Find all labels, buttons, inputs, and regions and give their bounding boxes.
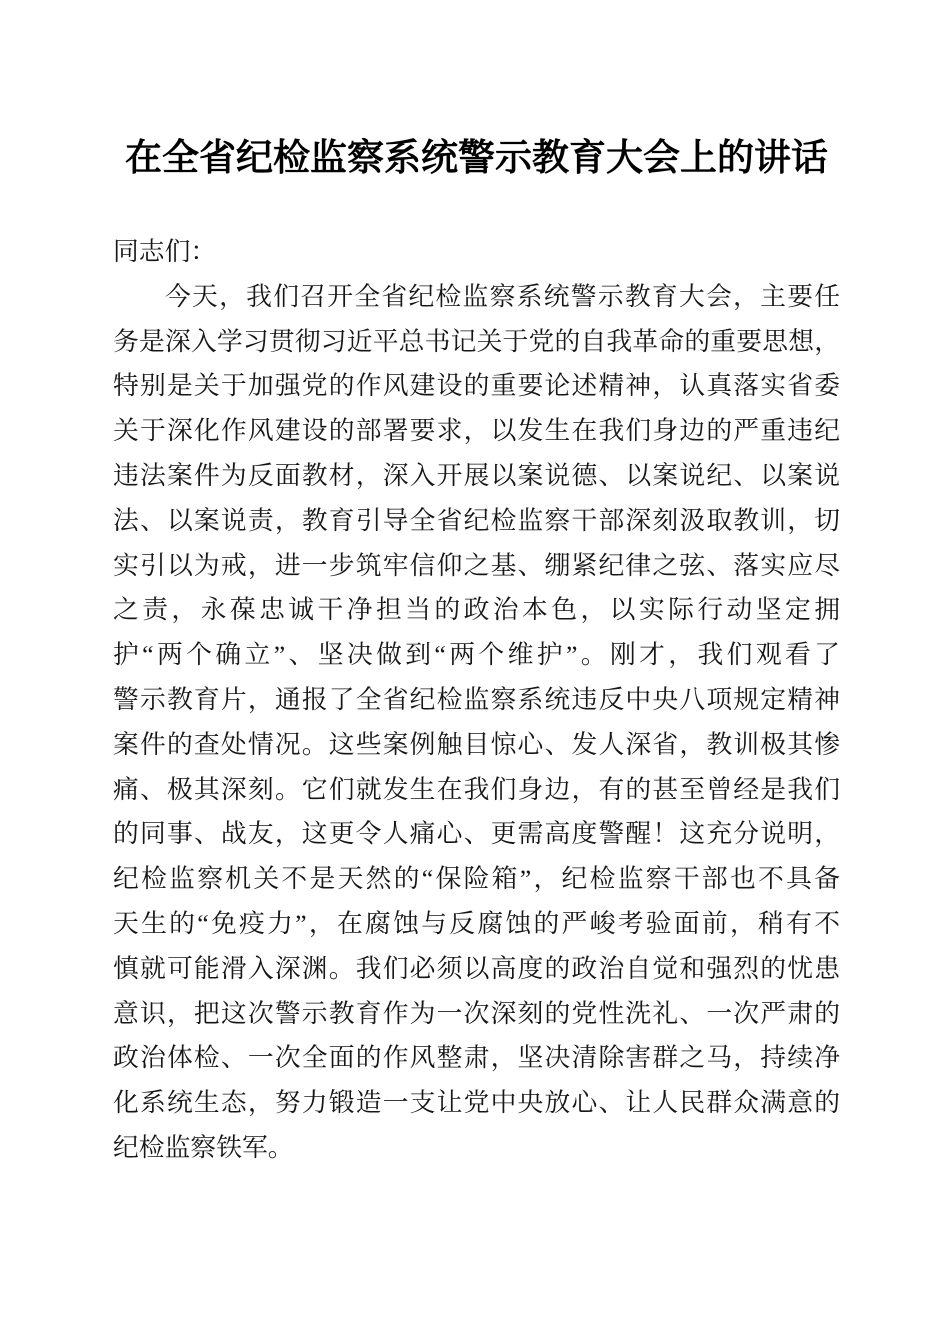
paragraph-line: 痛、极其深刻。它们就发生在我们身边，有的甚至曾经是我们 bbox=[113, 768, 840, 813]
paragraph-line: 之责，永葆忠诚干净担当的政治本色，以实际行动坚定拥 bbox=[113, 588, 840, 633]
paragraph-line: 违法案件为反面教材，深入开展以案说德、以案说纪、以案说 bbox=[113, 454, 840, 499]
document-body: 同志们： 今天，我们召开全省纪检监察系统警示教育大会，主要任务是深入学习贯彻习近… bbox=[113, 230, 840, 1171]
salutation: 同志们： bbox=[113, 230, 840, 275]
paragraph: 今天，我们召开全省纪检监察系统警示教育大会，主要任务是深入学习贯彻习近平总书记关… bbox=[113, 275, 840, 1171]
paragraph-line: 护“两个确立”、坚决做到“两个维护”。刚才，我们观看了 bbox=[113, 633, 840, 678]
paragraph-line: 实引以为戒，进一步筑牢信仰之基、绷紧纪律之弦、落实应尽 bbox=[113, 544, 840, 589]
document-page: 在全省纪检监察系统警示教育大会上的讲话 同志们： 今天，我们召开全省纪检监察系统… bbox=[0, 0, 950, 1344]
paragraph-line: 法、以案说责，教育引导全省纪检监察干部深刻汲取教训，切 bbox=[113, 499, 840, 544]
paragraph-line: 纪检监察机关不是天然的“保险箱”，纪检监察干部也不具备 bbox=[113, 857, 840, 902]
paragraph-line: 今天，我们召开全省纪检监察系统警示教育大会，主要任 bbox=[113, 275, 840, 320]
document-title: 在全省纪检监察系统警示教育大会上的讲话 bbox=[113, 133, 840, 185]
paragraph-line: 天生的“免疫力”，在腐蚀与反腐蚀的严峻考验面前，稍有不 bbox=[113, 902, 840, 947]
paragraph-line: 化系统生态，努力锻造一支让党中央放心、让人民群众满意的 bbox=[113, 1081, 840, 1126]
paragraph-line: 政治体检、一次全面的作风整肃，坚决清除害群之马，持续净 bbox=[113, 1036, 840, 1081]
paragraph-line: 纪检监察铁军。 bbox=[113, 1126, 840, 1171]
paragraph-line: 关于深化作风建设的部署要求，以发生在我们身边的严重违纪 bbox=[113, 409, 840, 454]
paragraph-line: 警示教育片，通报了全省纪检监察系统违反中央八项规定精神 bbox=[113, 678, 840, 723]
paragraph-line: 案件的查处情况。这些案例触目惊心、发人深省，教训极其惨 bbox=[113, 723, 840, 768]
paragraph-line: 的同事、战友，这更令人痛心、更需高度警醒！这充分说明， bbox=[113, 812, 840, 857]
paragraph-line: 务是深入学习贯彻习近平总书记关于党的自我革命的重要思想， bbox=[113, 320, 840, 365]
paragraph-line: 慎就可能滑入深渊。我们必须以高度的政治自觉和强烈的忧患 bbox=[113, 947, 840, 992]
paragraph-line: 意识，把这次警示教育作为一次深刻的党性洗礼、一次严肃的 bbox=[113, 992, 840, 1037]
paragraph-line: 特别是关于加强党的作风建设的重要论述精神，认真落实省委 bbox=[113, 364, 840, 409]
